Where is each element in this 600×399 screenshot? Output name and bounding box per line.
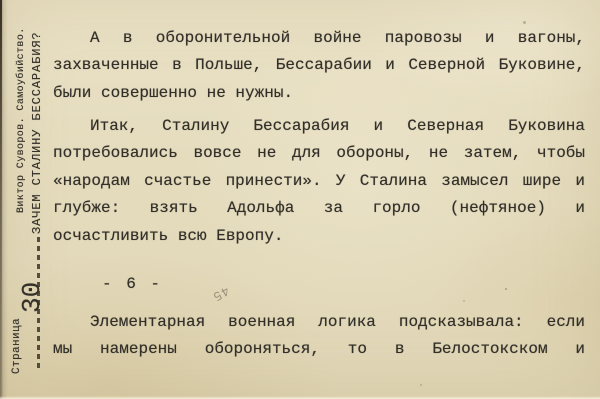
text-line: Элементарная военная логика подсказывала… [53,309,585,336]
paragraph: Итак, Сталину Бессарабия и Северная Буко… [53,113,585,250]
text-line: были совершенно не нужны. [53,80,585,107]
paragraph: Элементарная военная логика подсказывала… [53,309,585,364]
text-line: А в оборонительной войне паровозы и ваго… [53,25,585,52]
text-line: мы намерены обороняться, то в Белостокск… [53,336,585,363]
section-number: - 6 - [53,271,600,298]
text-line: осчастливить всю Европу. [53,223,585,250]
scanned-book-page: Виктор Суворов. Самоубийство. ЗАЧЕМ СТАЛ… [0,0,600,399]
text-line: глубже: взять Адольфа за горло (нефтяное… [53,195,585,222]
paragraph: А в оборонительной войне паровозы и ваго… [53,25,585,107]
text-line: захваченные в Польше, Бессарабии и Север… [53,52,585,79]
text-line: потребовались вовсе не для обороны, не з… [53,140,585,167]
text-line: Итак, Сталину Бессарабия и Северная Буко… [53,113,585,140]
text-line: «народам счастье принести». У Сталина за… [53,168,585,195]
typewritten-text-block: А в оборонительной войне паровозы и ваго… [0,0,600,399]
